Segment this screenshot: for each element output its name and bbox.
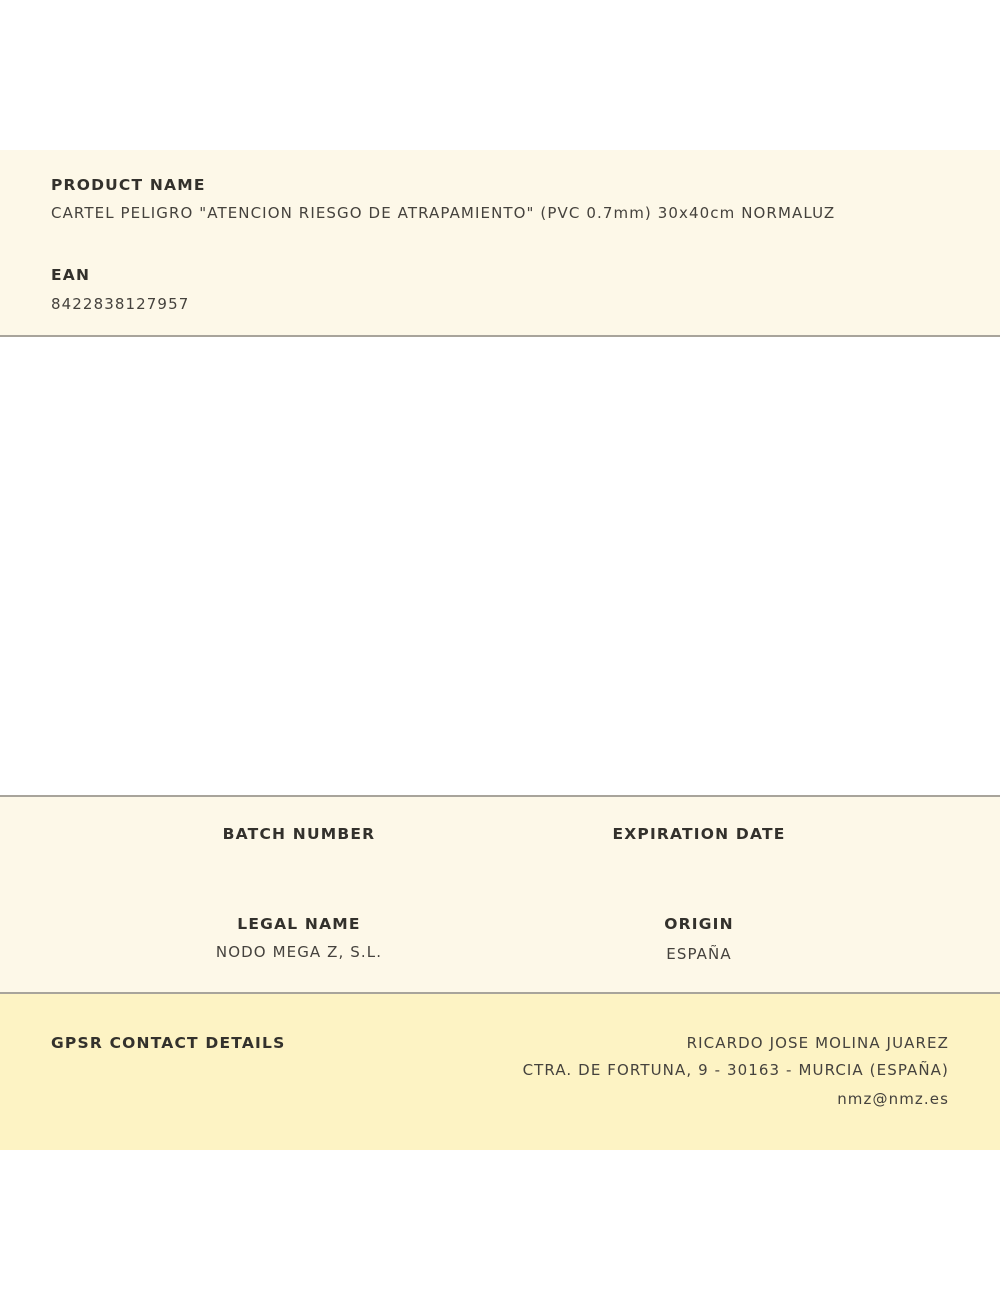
gpsr-contact-section: GPSR CONTACT DETAILS RICARDO JOSE MOLINA… [0,994,1000,1150]
ean-label: EAN [51,266,90,284]
batch-number-label: BATCH NUMBER [223,825,376,843]
product-info-section: PRODUCT NAME CARTEL PELIGRO "ATENCION RI… [0,150,1000,337]
product-name-label: PRODUCT NAME [51,176,206,194]
product-name-value: CARTEL PELIGRO "ATENCION RIESGO DE ATRAP… [51,204,835,222]
ean-value: 8422838127957 [51,295,189,313]
gpsr-contact-address: CTRA. DE FORTUNA, 9 - 30163 - MURCIA (ES… [523,1061,949,1079]
origin-label: ORIGIN [664,915,734,933]
gpsr-contact-email[interactable]: nmz@nmz.es [837,1090,949,1108]
expiration-date-label: EXPIRATION DATE [612,825,785,843]
product-details-section: BATCH NUMBER EXPIRATION DATE LEGAL NAME … [0,795,1000,994]
legal-name-value: NODO MEGA Z, S.L. [216,943,382,961]
gpsr-contact-name: RICARDO JOSE MOLINA JUAREZ [687,1034,949,1052]
origin-value: ESPAÑA [666,945,731,963]
gpsr-contact-label: GPSR CONTACT DETAILS [51,1034,285,1052]
legal-name-label: LEGAL NAME [237,915,360,933]
